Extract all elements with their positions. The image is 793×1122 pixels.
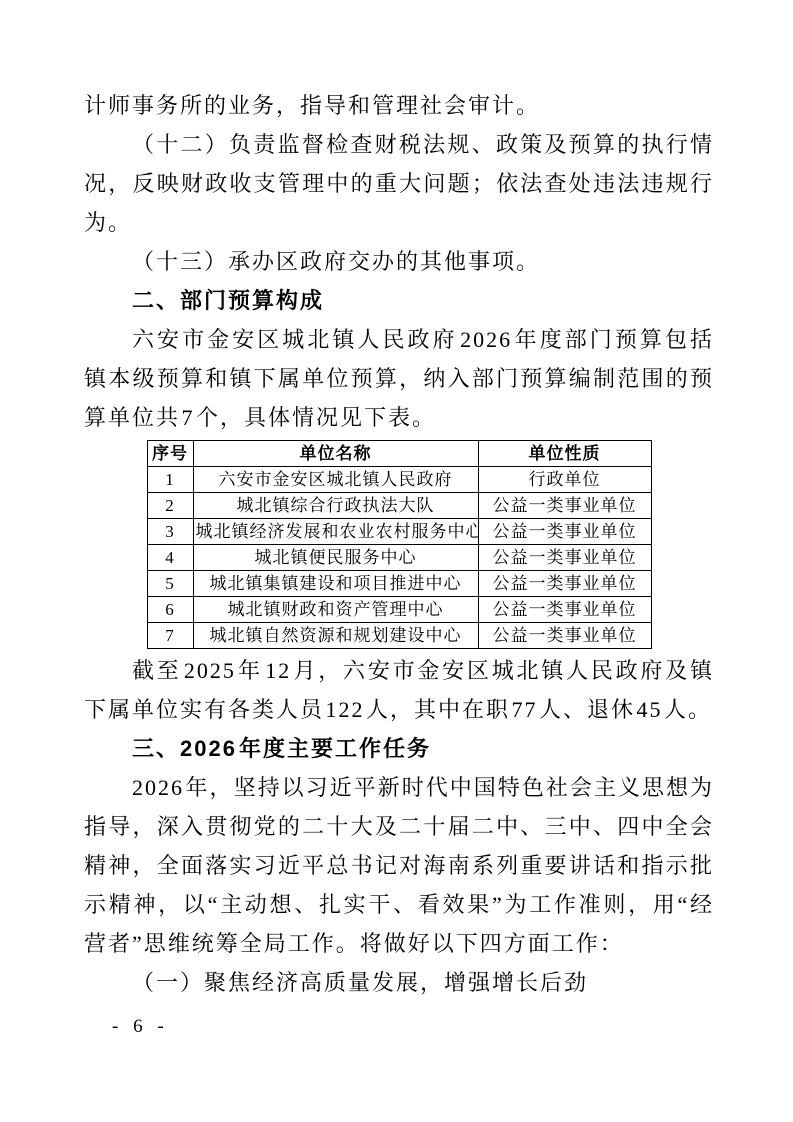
document-content: 计师事务所的业务，指导和管理社会审计。 （十二）负责监督检查财税法规、政策及预算… [84,86,714,1002]
table-row-2: 2 城北镇综合行政执法大队 公益一类事业单位 [147,493,651,519]
paragraph-budget-scope: 六安市金安区城北镇人民政府 2026 年度部门预算包括镇本级预算和镇下属单位预算… [84,320,714,437]
cell-serial: 4 [147,545,193,571]
header-unit-name: 单位名称 [193,441,478,467]
cell-unit-name: 六安市金安区城北镇人民政府 [193,467,478,493]
header-unit-type: 单位性质 [478,441,651,467]
cell-unit-type: 公益一类事业单位 [478,597,651,623]
budget-units-table: 序号 单位名称 单位性质 1 六安市金安区城北镇人民政府 行政单位 2 城北镇综… [147,440,652,649]
paragraph-item-13: （十三）承办区政府交办的其他事项。 [84,242,714,281]
cell-serial: 5 [147,571,193,597]
table-row-1: 1 六安市金安区城北镇人民政府 行政单位 [147,467,651,493]
cell-unit-type: 行政单位 [478,467,651,493]
paragraph-tasks-intro: 2026 年，坚持以习近平新时代中国特色社会主义思想为指导，深入贯彻党的二十大及… [84,768,714,963]
cell-unit-name: 城北镇集镇建设和项目推进中心 [193,571,478,597]
paragraph-item-12: （十二）负责监督检查财税法规、政策及预算的执行情况，反映财政收支管理中的重大问题… [84,125,714,242]
document-page: 计师事务所的业务，指导和管理社会审计。 （十二）负责监督检查财税法规、政策及预算… [0,0,793,1122]
cell-unit-type: 公益一类事业单位 [478,493,651,519]
cell-unit-type: 公益一类事业单位 [478,623,651,649]
table-row-7: 7 城北镇自然资源和规划建设中心 公益一类事业单位 [147,623,651,649]
cell-serial: 6 [147,597,193,623]
cell-unit-type: 公益一类事业单位 [478,519,651,545]
header-serial-number: 序号 [147,441,193,467]
table-row-6: 6 城北镇财政和资产管理中心 公益一类事业单位 [147,597,651,623]
paragraph-staffing: 截至 2025 年 12 月，六安市金安区城北镇人民政府及镇下属单位实有各类人员… [84,651,714,729]
section-heading-2026-tasks: 三、2026 年度主要工作任务 [84,729,714,768]
paragraph-carryover: 计师事务所的业务，指导和管理社会审计。 [84,86,714,125]
table-row-3: 3 城北镇经济发展和农业农村服务中心 公益一类事业单位 [147,519,651,545]
table-header-row: 序号 单位名称 单位性质 [147,441,651,467]
cell-serial: 2 [147,493,193,519]
cell-serial: 1 [147,467,193,493]
page-number: - 6 - [112,1016,169,1038]
cell-unit-type: 公益一类事业单位 [478,545,651,571]
paragraph-task-1-heading: （一）聚焦经济高质量发展，增强增长后劲 [84,963,714,1002]
cell-unit-name: 城北镇综合行政执法大队 [193,493,478,519]
cell-unit-type: 公益一类事业单位 [478,571,651,597]
cell-unit-name: 城北镇便民服务中心 [193,545,478,571]
cell-unit-name: 城北镇自然资源和规划建设中心 [193,623,478,649]
table-row-5: 5 城北镇集镇建设和项目推进中心 公益一类事业单位 [147,571,651,597]
table-row-4: 4 城北镇便民服务中心 公益一类事业单位 [147,545,651,571]
cell-unit-name: 城北镇财政和资产管理中心 [193,597,478,623]
cell-serial: 7 [147,623,193,649]
cell-unit-name: 城北镇经济发展和农业农村服务中心 [193,519,478,545]
cell-serial: 3 [147,519,193,545]
section-heading-budget-composition: 二、部门预算构成 [84,281,714,320]
